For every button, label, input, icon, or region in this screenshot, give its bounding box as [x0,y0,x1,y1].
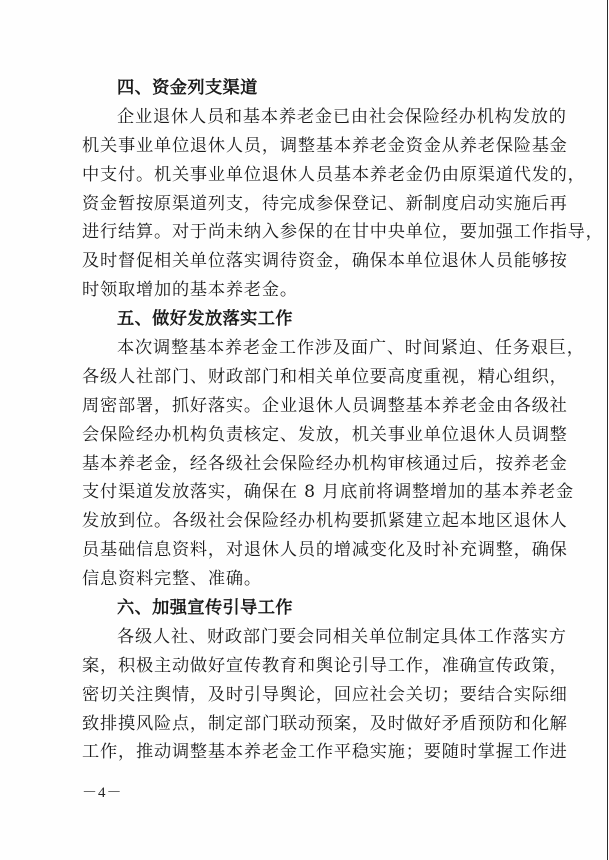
paragraph-line: 中支付。机关事业单位退休人员基本养老金仍由原渠道代发的， [82,161,534,190]
scan-border-line [607,0,608,860]
section-heading-publicity-guidance: 六、加强宣传引导工作 [82,594,534,623]
paragraph-line: 本次调整基本养老金工作涉及面广、时间紧迫、任务艰巨， [82,334,534,363]
paragraph-line: 信息资料完整、准确。 [82,565,534,594]
paragraph-line: 进行结算。对于尚未纳入参保的在甘中央单位，要加强工作指导， [82,218,534,247]
section-heading-distribution-work: 五、做好发放落实工作 [82,305,534,334]
paragraph-line: 企业退休人员和基本养老金已由社会保险经办机构发放的 [82,103,534,132]
paragraph-line: 工作，推动调整基本养老金工作平稳实施；要随时掌握工作进 [82,738,534,767]
paragraph-line: 基本养老金，经各级社会保险经办机构审核通过后，按养老金 [82,450,534,479]
document-body: 四、资金列支渠道 企业退休人员和基本养老金已由社会保险经办机构发放的 机关事业单… [82,74,534,767]
paragraph-line: 员基础信息资料，对退休人员的增减变化及时补充调整，确保 [82,536,534,565]
paragraph-line: 周密部署，抓好落实。企业退休人员调整基本养老金由各级社 [82,392,534,421]
page-number: －4－ [82,781,123,802]
paragraph-line: 发放到位。各级社会保险经办机构要抓紧建立起本地区退休人 [82,507,534,536]
section-heading-funding-channels: 四、资金列支渠道 [82,74,534,103]
paragraph-line: 案，积极主动做好宣传教育和舆论引导工作，准确宣传政策， [82,652,534,681]
document-page: 四、资金列支渠道 企业退休人员和基本养老金已由社会保险经办机构发放的 机关事业单… [0,0,609,860]
paragraph-line: 及时督促相关单位落实调待资金，确保本单位退休人员能够按 [82,247,534,276]
paragraph-line: 各级人社部门、财政部门和相关单位要高度重视，精心组织， [82,363,534,392]
paragraph-line: 密切关注舆情，及时引导舆论，回应社会关切；要结合实际细 [82,681,534,710]
paragraph-line: 致排摸风险点，制定部门联动预案，及时做好矛盾预防和化解 [82,710,534,739]
paragraph-line: 支付渠道发放落实，确保在 8 月底前将调整增加的基本养老金 [82,478,534,507]
paragraph-line: 机关事业单位退休人员，调整基本养老金资金从养老保险基金 [82,132,534,161]
paragraph-line: 各级人社、财政部门要会同相关单位制定具体工作落实方 [82,623,534,652]
paragraph-line: 资金暂按原渠道列支，待完成参保登记、新制度启动实施后再 [82,190,534,219]
paragraph-line: 会保险经办机构负责核定、发放，机关事业单位退休人员调整 [82,421,534,450]
paragraph-line: 时领取增加的基本养老金。 [82,276,534,305]
